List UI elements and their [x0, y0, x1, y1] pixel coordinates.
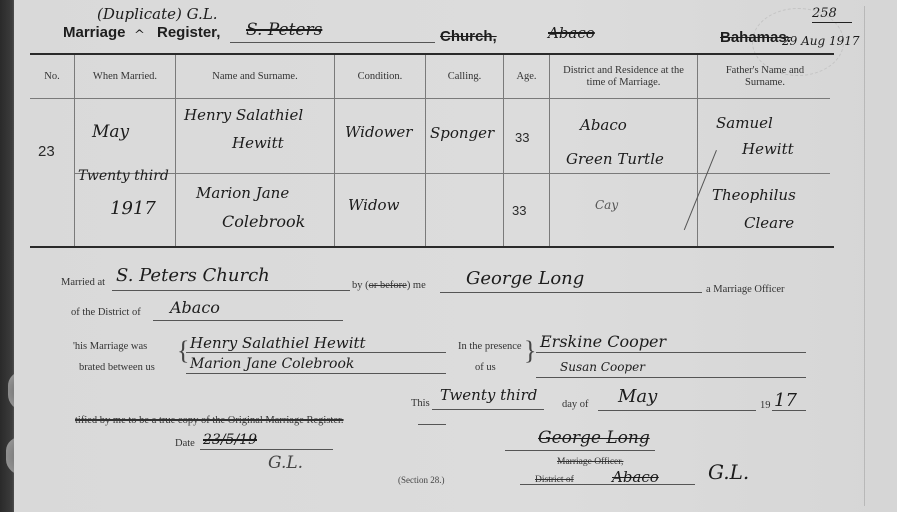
title-register: Register, [157, 24, 220, 41]
section-label: (Section 28.) [398, 475, 445, 485]
table-top-rule [30, 53, 834, 55]
groom-calling: Sponger [430, 124, 494, 142]
groom-condition: Widower [345, 123, 412, 141]
country-label: Bahamas. [720, 29, 791, 46]
col-divider [503, 55, 504, 246]
month-line [598, 410, 756, 411]
received-date: 29 Aug 1917 [782, 34, 860, 48]
date-value-struck: 23/5/19 [203, 432, 257, 448]
col-divider [74, 55, 75, 246]
col-header-name: Name and Surname. [176, 71, 334, 83]
when-married-year: 1917 [110, 198, 156, 219]
bride-residence-line1: Cay [595, 198, 618, 212]
day-of-label: day of [562, 399, 589, 410]
left-brace: { [177, 336, 189, 366]
solemnized-between-label: brated between us [79, 362, 155, 373]
table-bottom-rule [30, 246, 834, 248]
groom-father-line2: Hewitt [742, 140, 794, 158]
district-line [153, 320, 343, 321]
col-divider [697, 55, 698, 246]
date-line [200, 449, 333, 450]
col-header-age: Age. [504, 71, 549, 83]
month-value: May [618, 386, 657, 407]
officer-name-line [440, 292, 702, 293]
title-marriage: Marriage [63, 24, 126, 41]
district-handwritten: Abaco [548, 24, 595, 42]
church-name-line [230, 42, 435, 43]
entry-number: 23 [38, 143, 55, 160]
folio-number: 258 [812, 6, 837, 21]
col-header-district-residence: District and Residence at the time of Ma… [556, 65, 691, 89]
church-name-handwritten: S. Peters [246, 20, 322, 40]
duplicate-annotation: (Duplicate) G.L. [97, 5, 218, 23]
col-header-father: Father's Name and Surname. [710, 65, 820, 89]
cert-dash [418, 424, 446, 425]
groom-father-line1: Samuel [716, 114, 773, 132]
this-label: This [411, 398, 430, 409]
folio-underline [812, 22, 852, 23]
district-value: Abaco [170, 298, 220, 317]
officer-name: George Long [466, 268, 584, 289]
witness1-signature: Erskine Cooper [540, 332, 666, 351]
district-label: of the District of [71, 307, 141, 318]
district-struck-line [520, 484, 695, 485]
initials-right: G.L. [708, 460, 749, 484]
when-married-day: Twenty third [78, 168, 169, 184]
by-me-label: by (or before) me [352, 280, 426, 291]
groom-age: 33 [515, 130, 529, 145]
year-line [772, 410, 806, 411]
day-line [432, 409, 544, 410]
party2-signature: Marion Jane Colebrook [190, 356, 354, 372]
officer-title-struck: Marriage Officer, [557, 457, 623, 467]
groom-residence-line2: Green Turtle [566, 150, 664, 168]
col-header-when-married: When Married. [75, 71, 175, 83]
witness2-signature: Susan Cooper [560, 360, 645, 374]
col-divider [425, 55, 426, 246]
day-value: Twenty third [440, 386, 537, 404]
officer-signature: George Long [538, 428, 650, 448]
row-divider [74, 173, 830, 174]
bride-father-line2: Cleare [744, 214, 794, 232]
witness1-line [536, 352, 806, 353]
caret-insertion-mark: ^ [134, 28, 145, 43]
header-bottom-rule [30, 98, 830, 99]
col-divider [549, 55, 550, 246]
officer-signature-line [505, 450, 655, 451]
when-married-month: May [92, 122, 129, 142]
groom-name-line1: Henry Salathiel [184, 106, 303, 124]
page-edge [864, 6, 865, 506]
bride-father-line1: Theophilus [712, 186, 796, 204]
bride-name-line2: Colebrook [222, 212, 305, 231]
initials-gl: G.L. [268, 453, 303, 473]
party1-signature: Henry Salathiel Hewitt [190, 334, 366, 352]
col-header-condition: Condition. [335, 71, 425, 83]
year-handwritten: 17 [774, 390, 797, 411]
party2-line [186, 373, 446, 374]
married-at-line [112, 290, 350, 291]
certification-text-struck: tified by me to be a true copy of the Or… [75, 415, 344, 426]
party1-line [186, 352, 446, 353]
date-label: Date [175, 438, 195, 449]
right-brace: } [524, 336, 536, 366]
col-header-no: No. [30, 71, 74, 83]
bride-age: 33 [512, 203, 526, 218]
col-divider [334, 55, 335, 246]
groom-residence-line1: Abaco [580, 116, 627, 134]
presence-label-1: In the presence [458, 341, 522, 352]
officer-title: a Marriage Officer [706, 284, 785, 295]
presence-label-2: of us [475, 362, 496, 373]
col-header-calling: Calling. [426, 71, 503, 83]
groom-name-line2: Hewitt [232, 134, 284, 152]
year-printed: 19 [760, 400, 771, 411]
married-at-label: Married at [61, 277, 105, 288]
bride-name-line1: Marion Jane [196, 184, 289, 202]
church-label: Church, [440, 28, 497, 45]
marriage-was-label: 'his Marriage was [73, 341, 147, 352]
married-at-value: S. Peters Church [116, 265, 270, 286]
witness2-line [536, 377, 806, 378]
bride-condition: Widow [348, 196, 399, 214]
col-divider [175, 55, 176, 246]
